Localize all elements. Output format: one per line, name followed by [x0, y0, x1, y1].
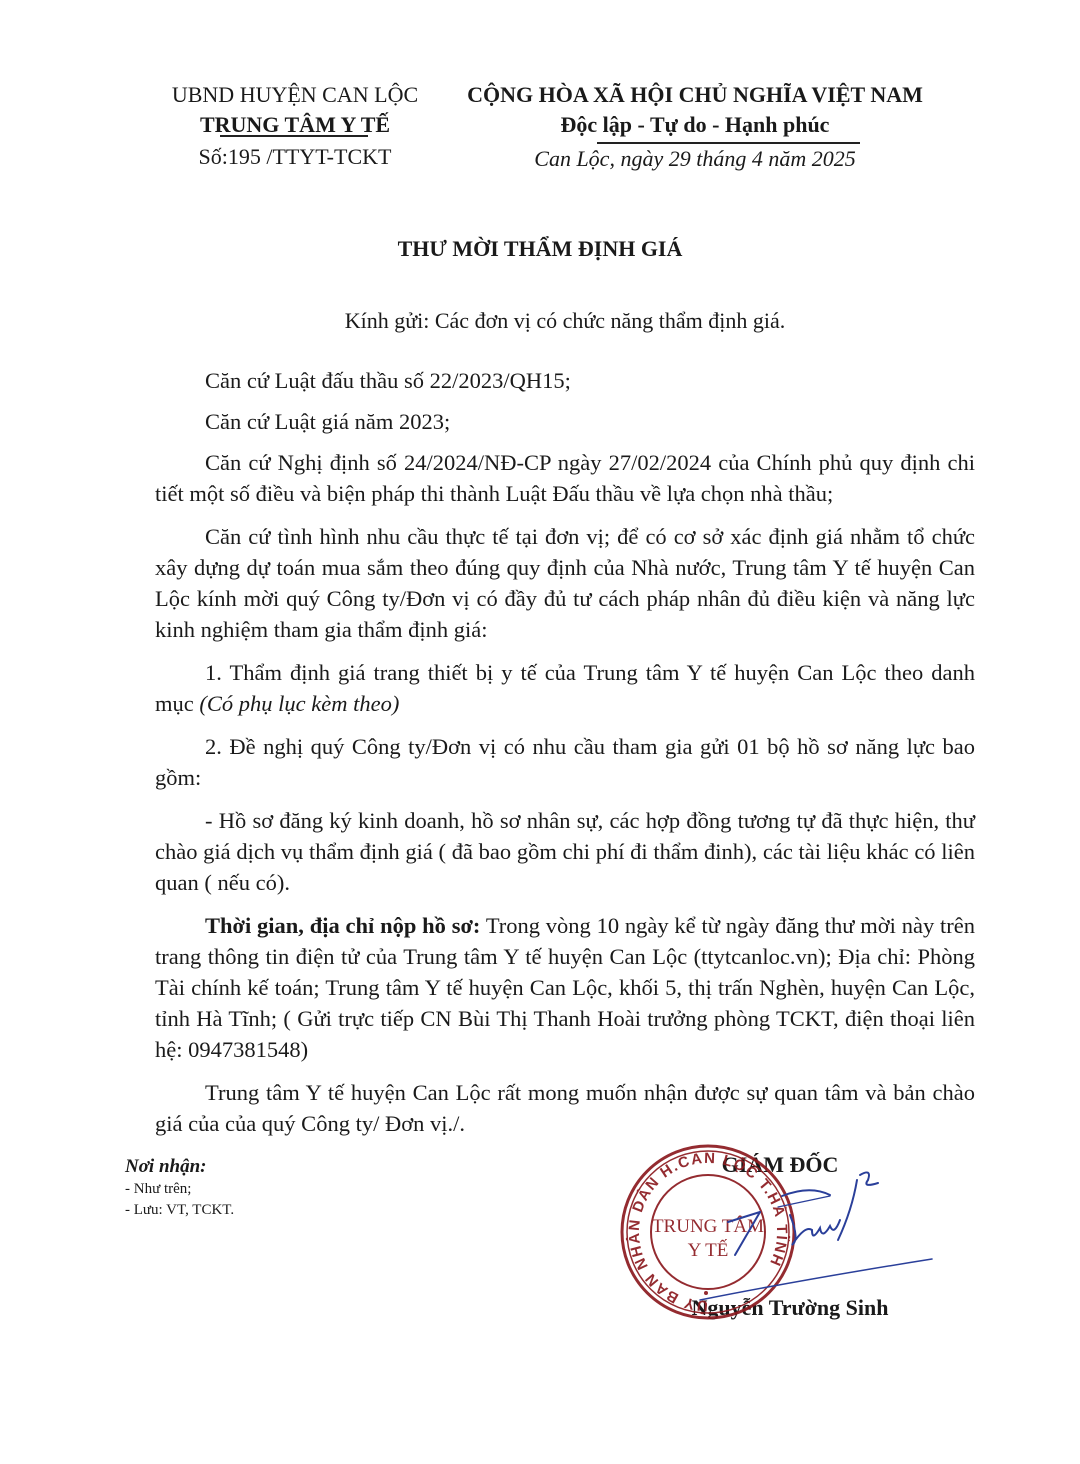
- stamp-and-signature: ỦY BAN NHÂN DÂN H.CAN LỘC T.HÀ TĨNH TRUN…: [0, 0, 1080, 1464]
- stamp-center-line-2: Y TẾ: [688, 1239, 729, 1261]
- official-stamp-icon: ỦY BAN NHÂN DÂN H.CAN LỘC T.HÀ TĨNH TRUN…: [622, 1146, 794, 1318]
